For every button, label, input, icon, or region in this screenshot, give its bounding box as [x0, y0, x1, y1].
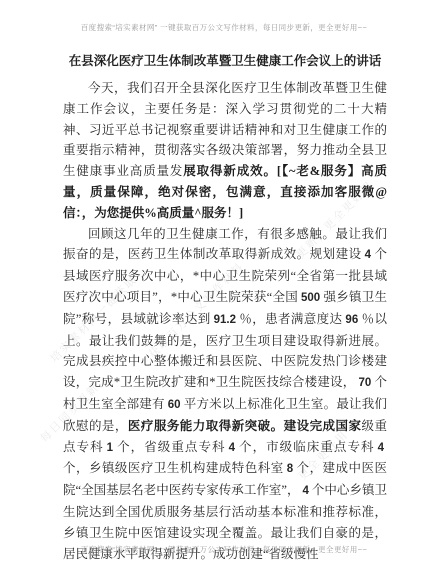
- text-run: ％，患者满意度达: [239, 312, 342, 326]
- text-run: 70: [355, 377, 374, 389]
- document-title: 在县深化医疗卫生体制改革暨卫生健康工作会议上的讲话: [63, 51, 387, 72]
- paragraphs-container: 今天，我们召开全县深化医疗卫生体制改革暨卫生健康工作会议，主要任务是：深入学习贯…: [63, 78, 387, 564]
- paragraph: 回顾这几年的卫生健康工作，有很多感触。最让我们振奋的是，医药卫生体制改革取得新成…: [63, 224, 387, 565]
- text-run: 4: [362, 249, 374, 261]
- document-page: 在县深化医疗卫生体制改革暨卫生健康工作会议上的讲话 今天，我们召开全县深化医疗卫…: [63, 51, 387, 564]
- text-run: 91.2: [211, 314, 239, 326]
- text-run: 个，乡镇级医疗卫生机构建成特色科室: [63, 461, 284, 475]
- text-run: 医疗服务能力取得新突破。建设完成国家: [128, 419, 362, 433]
- text-run: 8: [284, 463, 296, 475]
- text-run: 4: [226, 442, 238, 454]
- watermark-top: 百度搜索“培实素材网” 一键获取百万公文写作材料，每日同步更新，更全更好用~~: [0, 22, 448, 33]
- text-run: 回顾这几年的卫生健康工作，有很多感触。最让我们振奋的是，医药卫生体制改革取得新成…: [63, 227, 387, 262]
- text-run: 60: [165, 399, 184, 411]
- watermark-bottom: 百度搜索“培实素材网” 一键获取百万公文写作材料，每日同步更新，更全更好用~~: [0, 544, 448, 555]
- text-run: 96: [342, 314, 361, 326]
- text-run: 4: [375, 442, 387, 454]
- text-run: 1: [104, 442, 116, 454]
- text-run: 个，省级重点专科: [116, 440, 225, 454]
- text-run: 500: [298, 292, 323, 304]
- text-run: 4: [299, 485, 311, 497]
- paragraph: 今天，我们召开全县深化医疗卫生体制改革暨卫生健康工作会议，主要任务是：深入学习贯…: [63, 78, 387, 224]
- text-run: 个，市级临床重点专科: [238, 440, 375, 454]
